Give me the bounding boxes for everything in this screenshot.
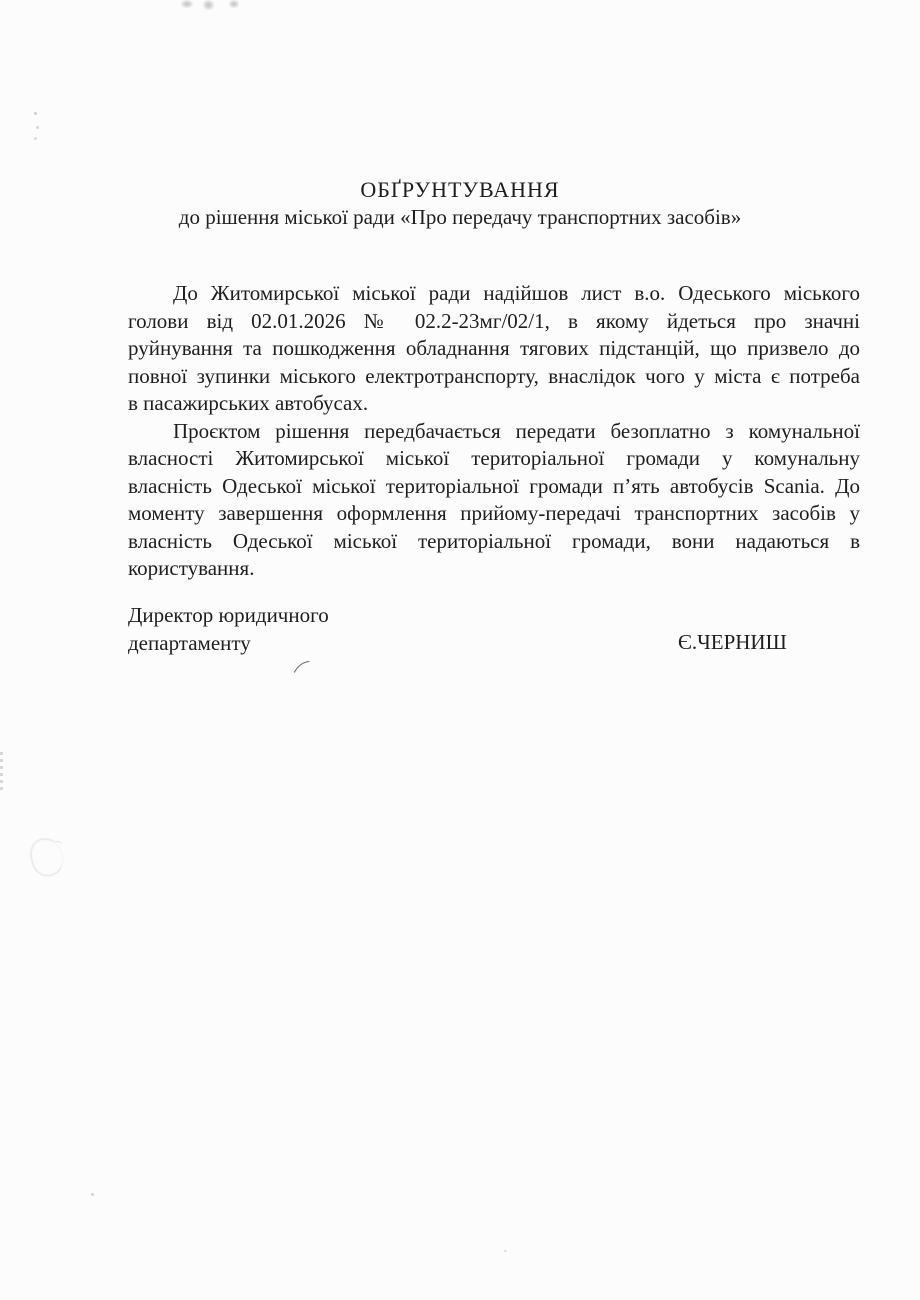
paragraph-line: повної зупинки міського електротранспорт… — [128, 363, 860, 391]
scan-smudge — [181, 0, 193, 8]
paragraph-line: моменту завершення оформлення прийому-пе… — [128, 500, 860, 528]
paragraph-line: користування. — [128, 555, 860, 583]
pen-mark — [293, 660, 311, 675]
signature-block: Директор юридичного департаменту Є.ЧЕРНИ… — [128, 601, 860, 657]
scan-edge-marks — [0, 752, 3, 794]
paragraph: Проєктом рішення передбачається передати… — [128, 418, 860, 583]
scan-speck — [504, 1250, 507, 1252]
document-body: До Житомирської міської ради надійшов ли… — [128, 280, 860, 583]
scan-smudge — [229, 0, 239, 8]
scan-speck — [34, 112, 37, 115]
document-title: ОБҐРУНТУВАННЯ — [0, 176, 920, 203]
scan-smudge — [203, 0, 214, 10]
paragraph: До Житомирської міської ради надійшов ли… — [128, 280, 860, 418]
paragraph-line: власності Житомирської міської територіа… — [128, 445, 860, 473]
scan-oval-mark — [27, 835, 67, 880]
scan-oval-mark — [53, 840, 62, 848]
signer-name: Є.ЧЕРНИШ — [678, 628, 787, 656]
scan-speck — [91, 1193, 94, 1196]
paragraph-line: власність Одеської міської територіально… — [128, 473, 860, 501]
paragraph-line: власність Одеської міської територіально… — [128, 528, 860, 556]
paragraph-line: в пасажирських автобусах. — [128, 390, 860, 418]
paragraph-line: руйнування та пошкодження обладнання тяг… — [128, 335, 860, 363]
document-subtitle: до рішення міської ради «Про передачу тр… — [0, 204, 920, 231]
paragraph-line: голови від 02.01.2026 № 02.2-23мг/02/1, … — [128, 308, 860, 336]
paragraph-line: До Житомирської міської ради надійшов ли… — [128, 280, 860, 308]
paragraph-line: Проєктом рішення передбачається передати… — [128, 418, 860, 446]
signer-position-line1: Директор юридичного — [128, 601, 860, 629]
document-page: ОБҐРУНТУВАННЯ до рішення міської ради «П… — [0, 0, 920, 1300]
